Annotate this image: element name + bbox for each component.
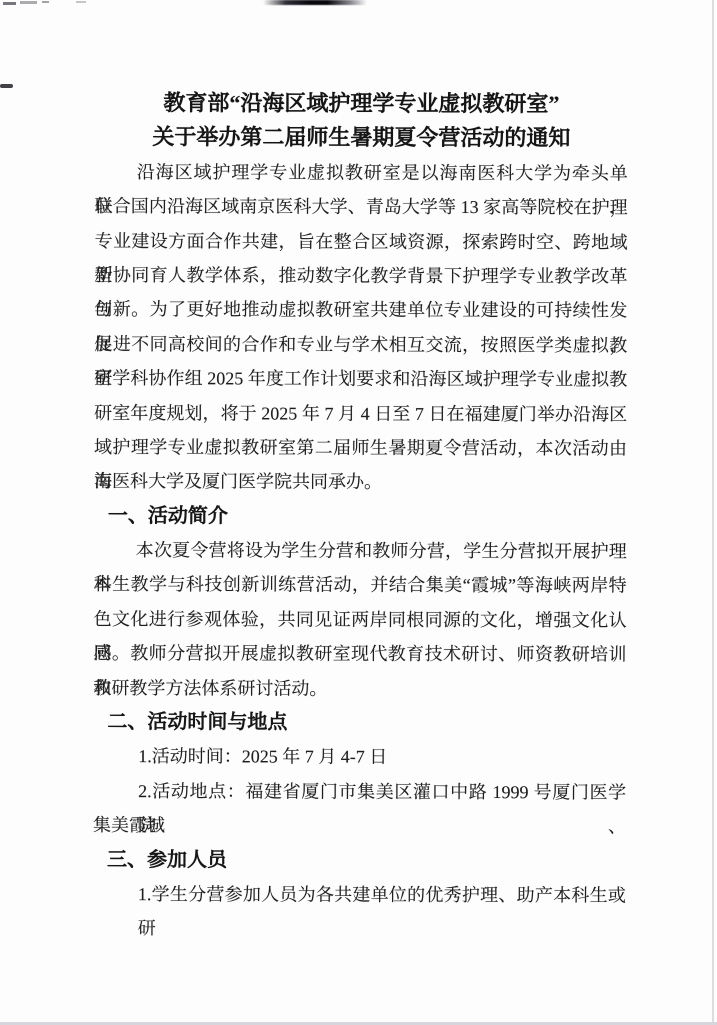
scan-speck <box>3 2 16 5</box>
scan-speck <box>20 1 37 4</box>
doc-text-line: 促进不同高校间的合作和专业与学术相互交流，按照医学类虚拟教研 <box>94 327 627 363</box>
doc-text-line: 专业建设方面合作共建，旨在整合区域资源，探索跨时空、跨地域新 <box>95 224 628 260</box>
doc-text-line: 感。教师分营拟开展虚拟教研室现代教育技术研讨、师资教研培训和 <box>93 636 626 672</box>
scan-speck <box>42 1 49 3</box>
section-heading: 一、活动简介 <box>94 499 627 535</box>
doc-text-line: 室学科协作组 2025 年度工作计划要求和沿海区域护理学专业虚拟教 <box>94 361 627 397</box>
doc-text-line: 南医科大学及厦门医学院共同承办。 <box>94 464 627 500</box>
scan-smudge-top-edge <box>263 0 367 5</box>
doc-text-line: 域护理学专业虚拟教研室第二届师生暑期夏令营活动，本次活动由海 <box>94 430 627 466</box>
numbered-item-line: 1.学生分营参加人员为各共建单位的优秀护理、助产本科生或研 <box>93 877 626 913</box>
doc-text-line: 色文化进行参观体验，共同见证两岸同根同源的文化，增强文化认同 <box>94 602 627 638</box>
page-right-edge-line <box>712 0 714 1025</box>
doc-text-line: 教研教学方法体系研讨活动。 <box>93 671 626 707</box>
doc-text-line: 创新。为了更好地推动虚拟教研室共建单位专业建设的可持续性发展， <box>94 292 627 328</box>
section-heading: 二、活动时间与地点 <box>93 705 626 741</box>
scan-speck-left-margin <box>0 84 13 88</box>
doc-title-line: 教育部“沿海区域护理学专业虚拟教研室” <box>95 86 628 122</box>
doc-text-line: 科生教学与科技创新训练营活动，并结合集美“霞城”等海峡两岸特 <box>94 567 627 603</box>
document-lines: 教育部“沿海区域护理学专业虚拟教研室”关于举办第二届师生暑期夏令营活动的通知沿海… <box>93 86 628 913</box>
doc-text-line: 研室年度规划，将于 2025 年 7 月 4 日至 7 日在福建厦门举办沿海区 <box>94 396 627 432</box>
doc-text-line: 型协同育人教学体系，推动数字化教学背景下护理学专业教学改革与 <box>94 258 627 294</box>
scan-speck <box>76 1 86 3</box>
section-heading: 三、参加人员 <box>93 843 626 879</box>
scanned-document-page: 教育部“沿海区域护理学专业虚拟教研室”关于举办第二届师生暑期夏令营活动的通知沿海… <box>0 0 717 1025</box>
paragraph-first-line: 沿海区域护理学专业虚拟教研室是以海南医科大学为牵头单位， <box>95 155 628 191</box>
numbered-item-line: 2.活动地点：福建省厦门市集美区灌口中路 1999 号厦门医学院、 <box>93 774 626 810</box>
paragraph-first-line: 本次夏令营将设为学生分营和教师分营，学生分营拟开展护理本 <box>94 533 627 569</box>
doc-text-line: 联合国内沿海区域南京医科大学、青岛大学等 13 家高等院校在护理 <box>95 189 628 225</box>
numbered-item-line: 1.活动时间：2025 年 7 月 4-7 日 <box>93 739 626 775</box>
doc-title-line: 关于举办第二届师生暑期夏令营活动的通知 <box>95 120 628 156</box>
